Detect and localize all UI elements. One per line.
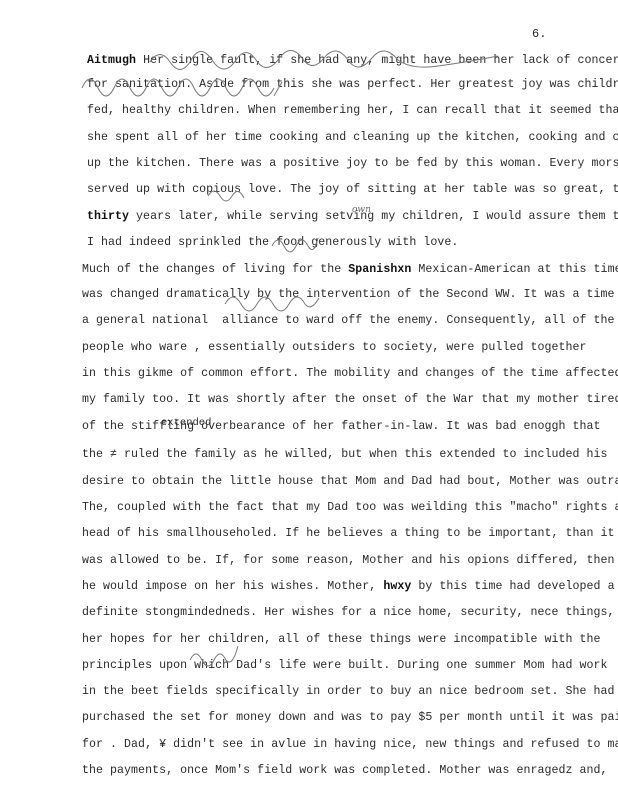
text-line: in this gikme of common effort. The mobi…	[82, 367, 618, 380]
text-segment: in this gikme of common effort. The mobi…	[82, 367, 618, 380]
text-segment: he would impose on her his wishes. Mothe…	[82, 580, 383, 593]
text-line: Much of the changes of living for the Sp…	[82, 263, 618, 276]
text-segment: years later, while serving setving my ch…	[129, 210, 618, 223]
text-line: in the beet fields specifically in order…	[82, 685, 615, 698]
text-segment: was changed dramatically by the interven…	[82, 288, 618, 301]
text-line: purchased the set for money down and was…	[82, 711, 618, 724]
text-line: Aitmugh Her single fault, if she had any…	[87, 54, 618, 67]
text-line: The, coupled with the fact that my Dad t…	[82, 501, 618, 514]
text-segment: up the kitchen. There was a positive joy…	[87, 157, 618, 170]
text-line: a general national alliance to ward off …	[82, 314, 615, 327]
text-segment: my family too. It was shortly after the …	[82, 393, 618, 406]
text-line: she spent all of her time cooking and cl…	[87, 131, 618, 144]
text-segment: she spent all of her time cooking and cl…	[87, 131, 618, 144]
text-segment: Mexican-American at this time	[411, 263, 618, 276]
text-segment: I had indeed sprinkled the food generous…	[87, 236, 458, 249]
text-segment: The, coupled with the fact that my Dad t…	[82, 501, 618, 514]
text-line: was allowed to be. If, for some reason, …	[82, 554, 615, 567]
text-segment: Much of the changes of living for the	[82, 263, 348, 276]
text-line: the payments, once Mom's field work was …	[82, 764, 608, 777]
text-line: fed, healthy children. When remembering …	[87, 104, 618, 117]
struck-typed-word: hwxy	[383, 580, 411, 593]
text-line: her hopes for her children, all of these…	[82, 633, 601, 646]
text-line: of the stiffling overbearance of her fat…	[82, 420, 601, 433]
handwritten-insert: own	[352, 205, 371, 215]
text-segment: purchased the set for money down and was…	[82, 711, 618, 724]
text-segment: desire to obtain the little house that M…	[82, 475, 618, 488]
text-line: the ≠ ruled the family as he willed, but…	[82, 448, 608, 461]
text-line: for sanitation. Aside from this she was …	[87, 78, 618, 91]
struck-typed-word: thirty	[87, 210, 129, 223]
text-segment: was allowed to be. If, for some reason, …	[82, 554, 615, 567]
text-segment: in the beet fields specifically in order…	[82, 685, 615, 698]
page-number: 6.	[532, 27, 546, 41]
text-line: people who ware , essentially outsiders …	[82, 341, 587, 354]
text-line: was changed dramatically by the interven…	[82, 288, 618, 301]
text-segment: principles upon which Dad's life were bu…	[82, 659, 608, 672]
text-segment: her hopes for her children, all of these…	[82, 633, 601, 646]
text-line: definite stongmindedneds. Her wishes for…	[82, 606, 615, 619]
text-segment: definite stongmindedneds. Her wishes for…	[82, 606, 615, 619]
text-segment: fed, healthy children. When remembering …	[87, 104, 618, 117]
text-line: up the kitchen. There was a positive joy…	[87, 157, 618, 170]
text-segment: the payments, once Mom's field work was …	[82, 764, 608, 777]
text-line: served up with copious love. The joy of …	[87, 183, 618, 196]
text-segment: head of his smallhouseholed. If he belie…	[82, 527, 615, 540]
text-line: desire to obtain the little house that M…	[82, 475, 618, 488]
text-segment: of the stiffling overbearance of her fat…	[82, 420, 601, 433]
text-line: he would impose on her his wishes. Mothe…	[82, 580, 615, 593]
text-segment: served up with copious love. The joy of …	[87, 183, 618, 196]
text-line: my family too. It was shortly after the …	[82, 393, 618, 406]
struck-typed-word: Aitmugh	[87, 54, 136, 67]
text-segment: by this time had developed a	[411, 580, 614, 593]
text-line: principles upon which Dad's life were bu…	[82, 659, 608, 672]
text-line: head of his smallhouseholed. If he belie…	[82, 527, 615, 540]
text-segment: the ≠ ruled the family as he willed, but…	[82, 448, 608, 461]
text-line: for . Dad, ¥ didn't see in avlue in havi…	[82, 738, 618, 751]
text-segment: for . Dad, ¥ didn't see in avlue in havi…	[82, 738, 618, 751]
text-segment: for sanitation. Aside from this she was …	[87, 78, 618, 91]
text-segment: Her single fault, if she had any, might …	[136, 54, 618, 67]
struck-typed-word: Spanishxn	[348, 263, 411, 276]
text-segment: people who ware , essentially outsiders …	[82, 341, 587, 354]
interlinear-insert: extended	[161, 417, 211, 429]
text-line: I had indeed sprinkled the food generous…	[87, 236, 458, 249]
text-segment: a general national alliance to ward off …	[82, 314, 615, 327]
